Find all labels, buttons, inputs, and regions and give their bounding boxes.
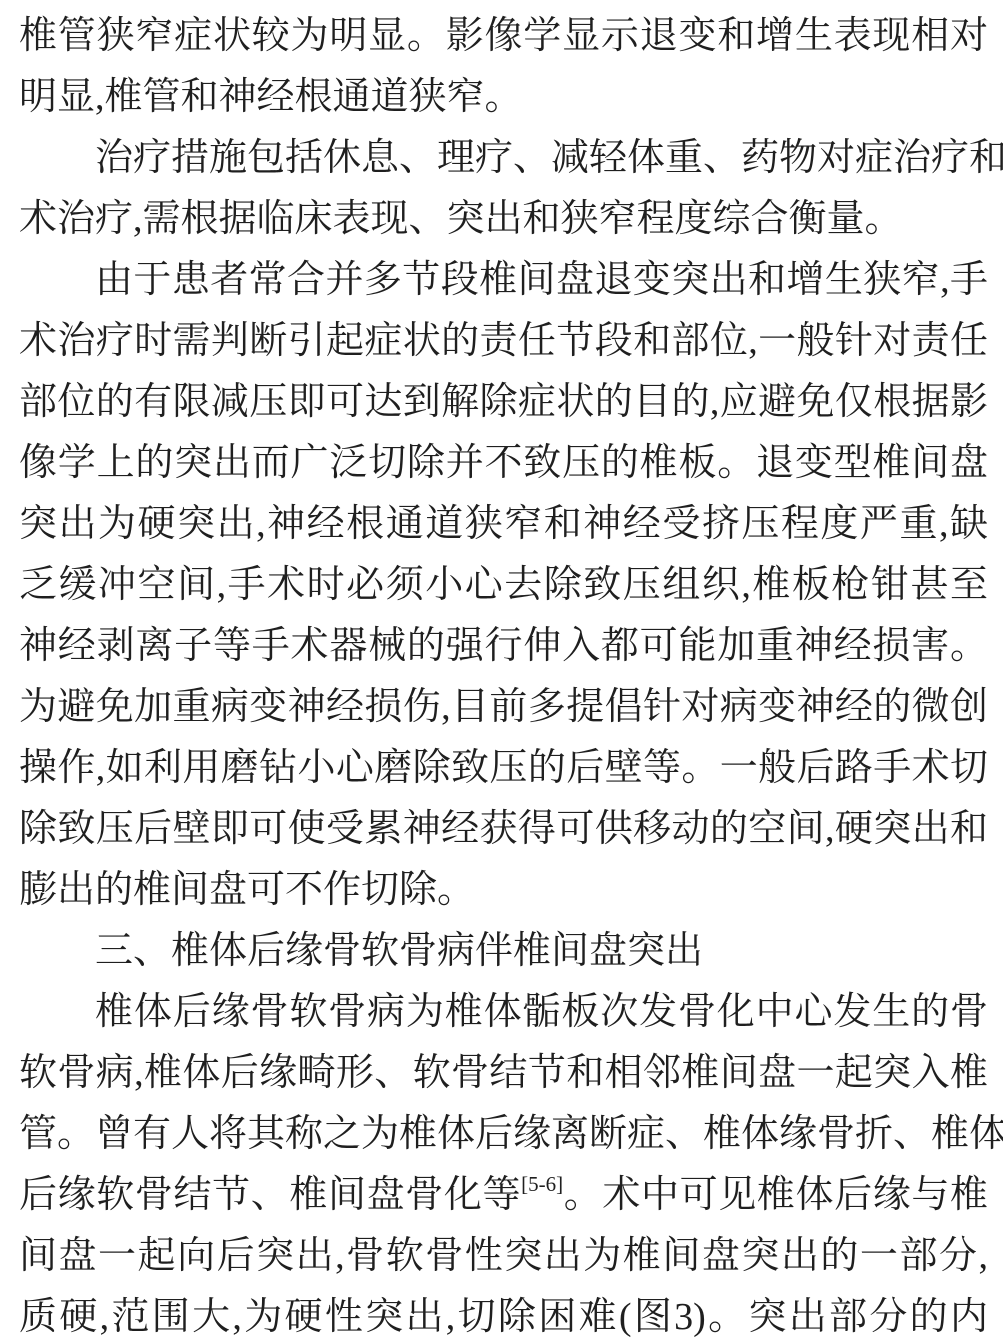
citation-ref: [5-6]: [521, 1172, 563, 1196]
text-run: 。术中可见椎体后缘与椎: [563, 1174, 988, 1216]
text-line: 椎管狭窄症状较为明显。影像学显示退变和增生表现相对: [19, 6, 988, 67]
text-line: 神经剥离子等手术器械的强行伸入都可能加重神经损害。: [19, 616, 988, 677]
section-heading: 三、椎体后缘骨软骨病伴椎间盘突出: [19, 921, 988, 982]
text-line: 部位的有限减压即可达到解除症状的目的,应避免仅根据影: [19, 372, 988, 433]
text-line: 间盘一起向后突出,骨软骨性突出为椎间盘突出的一部分,: [19, 1226, 988, 1287]
text-line: 乏缓冲空间,手术时必须小心去除致压组织,椎板枪钳甚至: [19, 555, 988, 616]
text-line: 管。曾有人将其称之为椎体后缘离断症、椎体缘骨折、椎体: [19, 1104, 988, 1165]
text-block: 椎管狭窄症状较为明显。影像学显示退变和增生表现相对明显,椎管和神经根通道狭窄。治…: [19, 6, 988, 1343]
text-line: 术治疗,需根据临床表现、突出和狭窄程度综合衡量。: [19, 189, 988, 250]
text-run: 后缘软骨结节、椎间盘骨化等: [19, 1174, 521, 1216]
text-line: 后缘软骨结节、椎间盘骨化等[5-6]。术中可见椎体后缘与椎: [19, 1165, 988, 1226]
document-page: 椎管狭窄症状较为明显。影像学显示退变和增生表现相对明显,椎管和神经根通道狭窄。治…: [0, 0, 1003, 1343]
text-line: 除致压后壁即可使受累神经获得可供移动的空间,硬突出和: [19, 799, 988, 860]
text-line: 治疗措施包括休息、理疗、减轻体重、药物对症治疗和手: [19, 128, 988, 189]
text-line: 软骨病,椎体后缘畸形、软骨结节和相邻椎间盘一起突入椎: [19, 1043, 988, 1104]
text-line: 椎体后缘骨软骨病为椎体骺板次发骨化中心发生的骨: [19, 982, 988, 1043]
text-line: 像学上的突出而广泛切除并不致压的椎板。退变型椎间盘: [19, 433, 988, 494]
text-line: 由于患者常合并多节段椎间盘退变突出和增生狭窄,手: [19, 250, 988, 311]
text-line: 膨出的椎间盘可不作切除。: [19, 860, 988, 921]
text-line: 突出为硬突出,神经根通道狭窄和神经受挤压程度严重,缺: [19, 494, 988, 555]
text-line: 质硬,范围大,为硬性突出,切除困难(图3)。突出部分的内: [19, 1287, 988, 1343]
text-line: 为避免加重病变神经损伤,目前多提倡针对病变神经的微创: [19, 677, 988, 738]
text-line: 术治疗时需判断引起症状的责任节段和部位,一般针对责任: [19, 311, 988, 372]
text-line: 明显,椎管和神经根通道狭窄。: [19, 67, 988, 128]
text-line: 操作,如利用磨钻小心磨除致压的后壁等。一般后路手术切: [19, 738, 988, 799]
